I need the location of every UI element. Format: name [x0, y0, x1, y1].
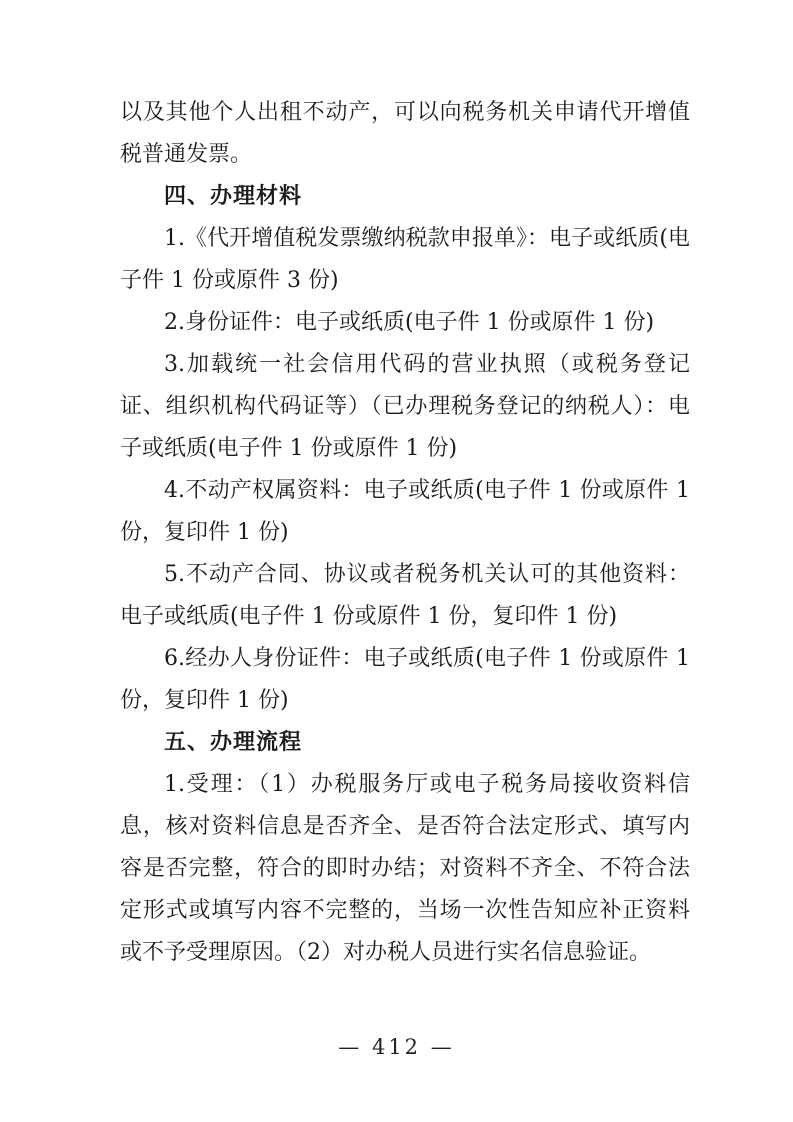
- material-item-6: 6.经办人身份证件：电子或纸质(电子件 1 份或原件 1 份，复印件 1 份): [120, 638, 690, 722]
- material-item-1: 1.《代开增值税发票缴纳税款申报单》：电子或纸质(电子件 1 份或原件 3 份): [120, 218, 690, 302]
- process-step-1: 1.受理：（1）办税服务厅或电子税务局接收资料信息，核对资料信息是否齐全、是否符…: [120, 764, 690, 974]
- material-item-3: 3.加载统一社会信用代码的营业执照（或税务登记证、组织机构代码证等）（已办理税务…: [120, 344, 690, 470]
- section-heading-materials: 四、办理材料: [120, 176, 690, 218]
- material-item-4: 4.不动产权属资料：电子或纸质(电子件 1 份或原件 1 份，复印件 1 份): [120, 470, 690, 554]
- section-heading-process: 五、办理流程: [120, 722, 690, 764]
- document-page: 以及其他个人出租不动产，可以向税务机关申请代开增值税普通发票。 四、办理材料 1…: [0, 0, 793, 1122]
- material-item-2: 2.身份证件：电子或纸质(电子件 1 份或原件 1 份): [120, 302, 690, 344]
- page-content: 以及其他个人出租不动产，可以向税务机关申请代开增值税普通发票。 四、办理材料 1…: [120, 92, 690, 974]
- material-item-5: 5.不动产合同、协议或者税务机关认可的其他资料：电子或纸质(电子件 1 份或原件…: [120, 554, 690, 638]
- page-number: — 412 —: [0, 1035, 793, 1059]
- paragraph-continuation: 以及其他个人出租不动产，可以向税务机关申请代开增值税普通发票。: [120, 92, 690, 176]
